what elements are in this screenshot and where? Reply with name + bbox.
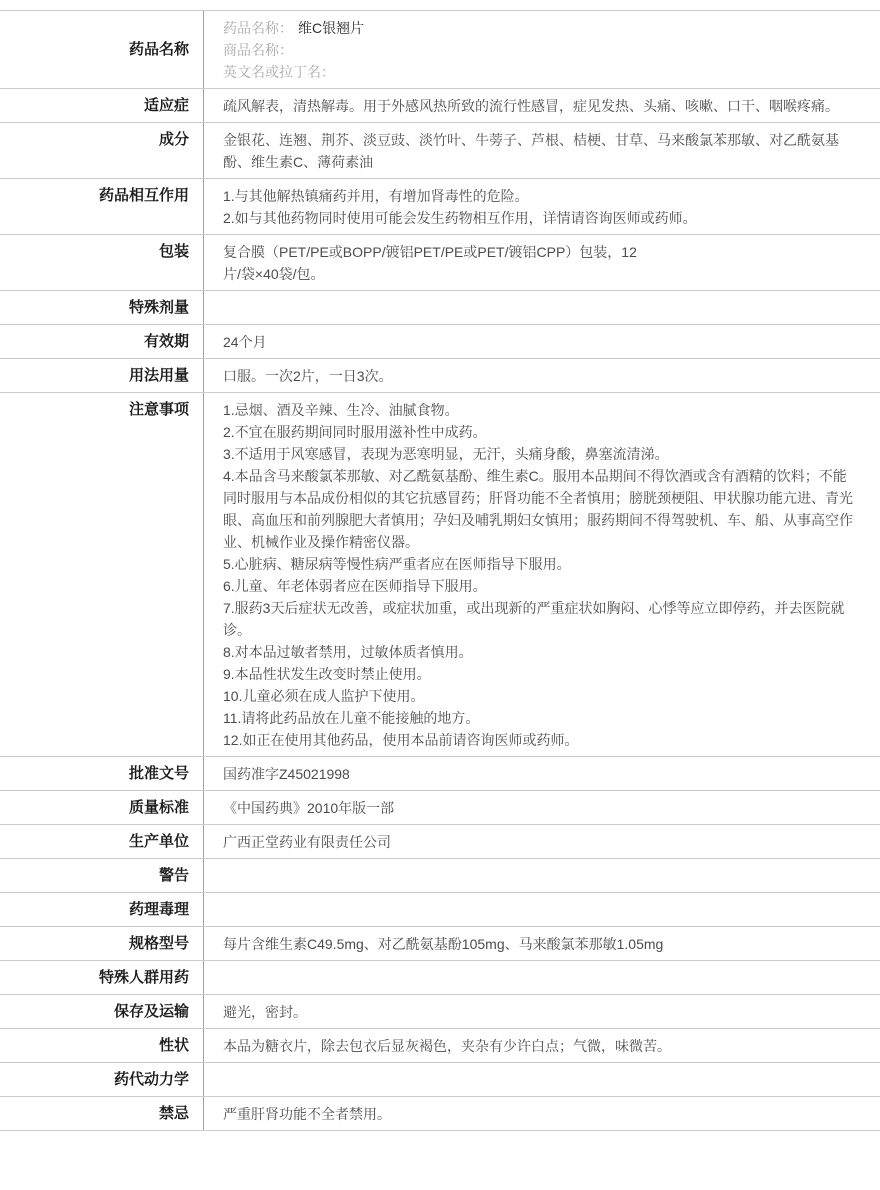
row-drug-name: 药品名称 药品名称：维C银翘片 商品名称： 英文名或拉丁名： xyxy=(0,11,880,89)
row-drug-interactions: 药品相互作用 1.与其他解热镇痛药并用，有增加肾毒性的危险。 2.如与其他药物同… xyxy=(0,179,880,235)
row-quality-standard: 质量标准 《中国药典》2010年版一部 xyxy=(0,791,880,825)
row-label: 禁忌 xyxy=(0,1097,204,1130)
row-label: 批准文号 xyxy=(0,757,204,790)
row-text: 金银花、连翘、荆芥、淡豆豉、淡竹叶、牛蒡子、芦根、桔梗、甘草、马来酸氯苯那敏、对… xyxy=(223,129,858,173)
row-text: 避光，密封。 xyxy=(223,1001,858,1023)
row-text: 《中国药典》2010年版一部 xyxy=(223,797,858,819)
row-specification: 规格型号 每片含维生素C49.5mg、对乙酰氨基酚105mg、马来酸氯苯那敏1.… xyxy=(0,927,880,961)
row-content: 避光，密封。 xyxy=(204,995,880,1028)
row-content: 药品名称：维C银翘片 商品名称： 英文名或拉丁名： xyxy=(204,11,880,88)
field-value: 维C银翘片 xyxy=(298,20,364,36)
row-contraindications: 禁忌 严重肝肾功能不全者禁用。 xyxy=(0,1097,880,1131)
precaution-item: 10.儿童必须在成人监护下使用。 xyxy=(223,685,858,707)
row-pharmacokinetics: 药代动力学 xyxy=(0,1063,880,1097)
row-special-dosage: 特殊剂量 xyxy=(0,291,880,325)
row-content xyxy=(204,893,880,926)
precaution-item: 11.请将此药品放在儿童不能接触的地方。 xyxy=(223,707,858,729)
row-content: 本品为糖衣片，除去包衣后显灰褐色，夹杂有少许白点；气微，味微苦。 xyxy=(204,1029,880,1062)
row-text: 广西正堂药业有限责任公司 xyxy=(223,831,858,853)
row-label: 生产单位 xyxy=(0,825,204,858)
row-content xyxy=(204,1063,880,1096)
row-label: 药品名称 xyxy=(0,11,204,88)
row-content: 口服。一次2片，一日3次。 xyxy=(204,359,880,392)
row-precautions: 注意事项 1.忌烟、酒及辛辣、生冷、油腻食物。 2.不宜在服药期间同时服用滋补性… xyxy=(0,393,880,757)
row-usage-dosage: 用法用量 口服。一次2片，一日3次。 xyxy=(0,359,880,393)
field-label: 药品名称： xyxy=(223,20,293,36)
row-label: 规格型号 xyxy=(0,927,204,960)
row-packaging: 包装 复合膜（PET/PE或BOPP/镀铝PET/PE或PET/镀铝CPP）包装… xyxy=(0,235,880,291)
row-text: 每片含维生素C49.5mg、对乙酰氨基酚105mg、马来酸氯苯那敏1.05mg xyxy=(223,933,858,955)
precaution-item: 7.服药3天后症状无改善，或症状加重，或出现新的严重症状如胸闷、心悸等应立即停药… xyxy=(223,597,858,641)
row-content: 广西正堂药业有限责任公司 xyxy=(204,825,880,858)
row-manufacturer: 生产单位 广西正堂药业有限责任公司 xyxy=(0,825,880,859)
row-label: 用法用量 xyxy=(0,359,204,392)
row-label: 保存及运输 xyxy=(0,995,204,1028)
row-label: 警告 xyxy=(0,859,204,892)
row-content: 24个月 xyxy=(204,325,880,358)
row-content: 《中国药典》2010年版一部 xyxy=(204,791,880,824)
precaution-item: 4.本品含马来酸氯苯那敏、对乙酰氨基酚、维生素C。服用本品期间不得饮酒或含有酒精… xyxy=(223,465,858,553)
row-content xyxy=(204,291,880,324)
interaction-item: 2.如与其他药物同时使用可能会发生药物相互作用，详情请咨询医师或药师。 xyxy=(223,207,858,229)
row-label: 药品相互作用 xyxy=(0,179,204,234)
row-content: 复合膜（PET/PE或BOPP/镀铝PET/PE或PET/镀铝CPP）包装，12… xyxy=(204,235,880,290)
packaging-line: 片/袋×40袋/包。 xyxy=(223,263,858,285)
row-text: 国药准字Z45021998 xyxy=(223,763,858,785)
row-content: 严重肝肾功能不全者禁用。 xyxy=(204,1097,880,1130)
row-text xyxy=(223,1069,858,1091)
row-approval-number: 批准文号 国药准字Z45021998 xyxy=(0,757,880,791)
row-label: 质量标准 xyxy=(0,791,204,824)
precaution-item: 8.对本品过敏者禁用，过敏体质者慎用。 xyxy=(223,641,858,663)
row-label: 有效期 xyxy=(0,325,204,358)
drug-info-table: 药品名称 药品名称：维C银翘片 商品名称： 英文名或拉丁名： 适应症 疏风解表，… xyxy=(0,10,880,1131)
row-validity-period: 有效期 24个月 xyxy=(0,325,880,359)
english-name-field: 英文名或拉丁名： xyxy=(223,61,858,83)
row-content: 疏风解表，清热解毒。用于外感风热所致的流行性感冒，症见发热、头痛、咳嗽、口干、咽… xyxy=(204,89,880,122)
precaution-item: 12.如正在使用其他药品，使用本品前请咨询医师或药师。 xyxy=(223,729,858,751)
row-content xyxy=(204,961,880,994)
row-content: 每片含维生素C49.5mg、对乙酰氨基酚105mg、马来酸氯苯那敏1.05mg xyxy=(204,927,880,960)
row-text: 严重肝肾功能不全者禁用。 xyxy=(223,1103,858,1125)
row-content: 1.与其他解热镇痛药并用，有增加肾毒性的危险。 2.如与其他药物同时使用可能会发… xyxy=(204,179,880,234)
row-label: 特殊人群用药 xyxy=(0,961,204,994)
field-label: 英文名或拉丁名： xyxy=(223,64,335,80)
row-label: 成分 xyxy=(0,123,204,178)
precaution-item: 5.心脏病、糖尿病等慢性病严重者应在医师指导下服用。 xyxy=(223,553,858,575)
row-text: 本品为糖衣片，除去包衣后显灰褐色，夹杂有少许白点；气微，味微苦。 xyxy=(223,1035,858,1057)
precaution-item: 3.不适用于风寒感冒，表现为恶寒明显，无汗，头痛身酸，鼻塞流清涕。 xyxy=(223,443,858,465)
row-indications: 适应症 疏风解表，清热解毒。用于外感风热所致的流行性感冒，症见发热、头痛、咳嗽、… xyxy=(0,89,880,123)
row-text xyxy=(223,297,858,319)
row-text xyxy=(223,865,858,887)
row-description: 性状 本品为糖衣片，除去包衣后显灰褐色，夹杂有少许白点；气微，味微苦。 xyxy=(0,1029,880,1063)
row-label: 药理毒理 xyxy=(0,893,204,926)
precaution-item: 1.忌烟、酒及辛辣、生冷、油腻食物。 xyxy=(223,399,858,421)
row-label: 特殊剂量 xyxy=(0,291,204,324)
row-special-populations: 特殊人群用药 xyxy=(0,961,880,995)
row-label: 注意事项 xyxy=(0,393,204,756)
row-storage-transport: 保存及运输 避光，密封。 xyxy=(0,995,880,1029)
row-content: 1.忌烟、酒及辛辣、生冷、油腻食物。 2.不宜在服药期间同时服用滋补性中成药。 … xyxy=(204,393,880,756)
interaction-item: 1.与其他解热镇痛药并用，有增加肾毒性的危险。 xyxy=(223,185,858,207)
row-text: 24个月 xyxy=(223,331,858,353)
row-pharmacology-toxicology: 药理毒理 xyxy=(0,893,880,927)
precaution-item: 9.本品性状发生改变时禁止使用。 xyxy=(223,663,858,685)
packaging-line: 复合膜（PET/PE或BOPP/镀铝PET/PE或PET/镀铝CPP）包装，12 xyxy=(223,241,858,263)
row-label: 性状 xyxy=(0,1029,204,1062)
drug-name-field: 药品名称：维C银翘片 xyxy=(223,17,858,39)
row-content xyxy=(204,859,880,892)
row-text: 疏风解表，清热解毒。用于外感风热所致的流行性感冒，症见发热、头痛、咳嗽、口干、咽… xyxy=(223,95,858,117)
precaution-item: 6.儿童、年老体弱者应在医师指导下服用。 xyxy=(223,575,858,597)
row-label: 药代动力学 xyxy=(0,1063,204,1096)
row-label: 适应症 xyxy=(0,89,204,122)
row-label: 包装 xyxy=(0,235,204,290)
row-text: 口服。一次2片，一日3次。 xyxy=(223,365,858,387)
trade-name-field: 商品名称： xyxy=(223,39,858,61)
row-content: 金银花、连翘、荆芥、淡豆豉、淡竹叶、牛蒡子、芦根、桔梗、甘草、马来酸氯苯那敏、对… xyxy=(204,123,880,178)
row-text xyxy=(223,967,858,989)
row-text xyxy=(223,899,858,921)
row-warning: 警告 xyxy=(0,859,880,893)
precaution-item: 2.不宜在服药期间同时服用滋补性中成药。 xyxy=(223,421,858,443)
row-ingredients: 成分 金银花、连翘、荆芥、淡豆豉、淡竹叶、牛蒡子、芦根、桔梗、甘草、马来酸氯苯那… xyxy=(0,123,880,179)
row-content: 国药准字Z45021998 xyxy=(204,757,880,790)
field-label: 商品名称： xyxy=(223,42,293,58)
